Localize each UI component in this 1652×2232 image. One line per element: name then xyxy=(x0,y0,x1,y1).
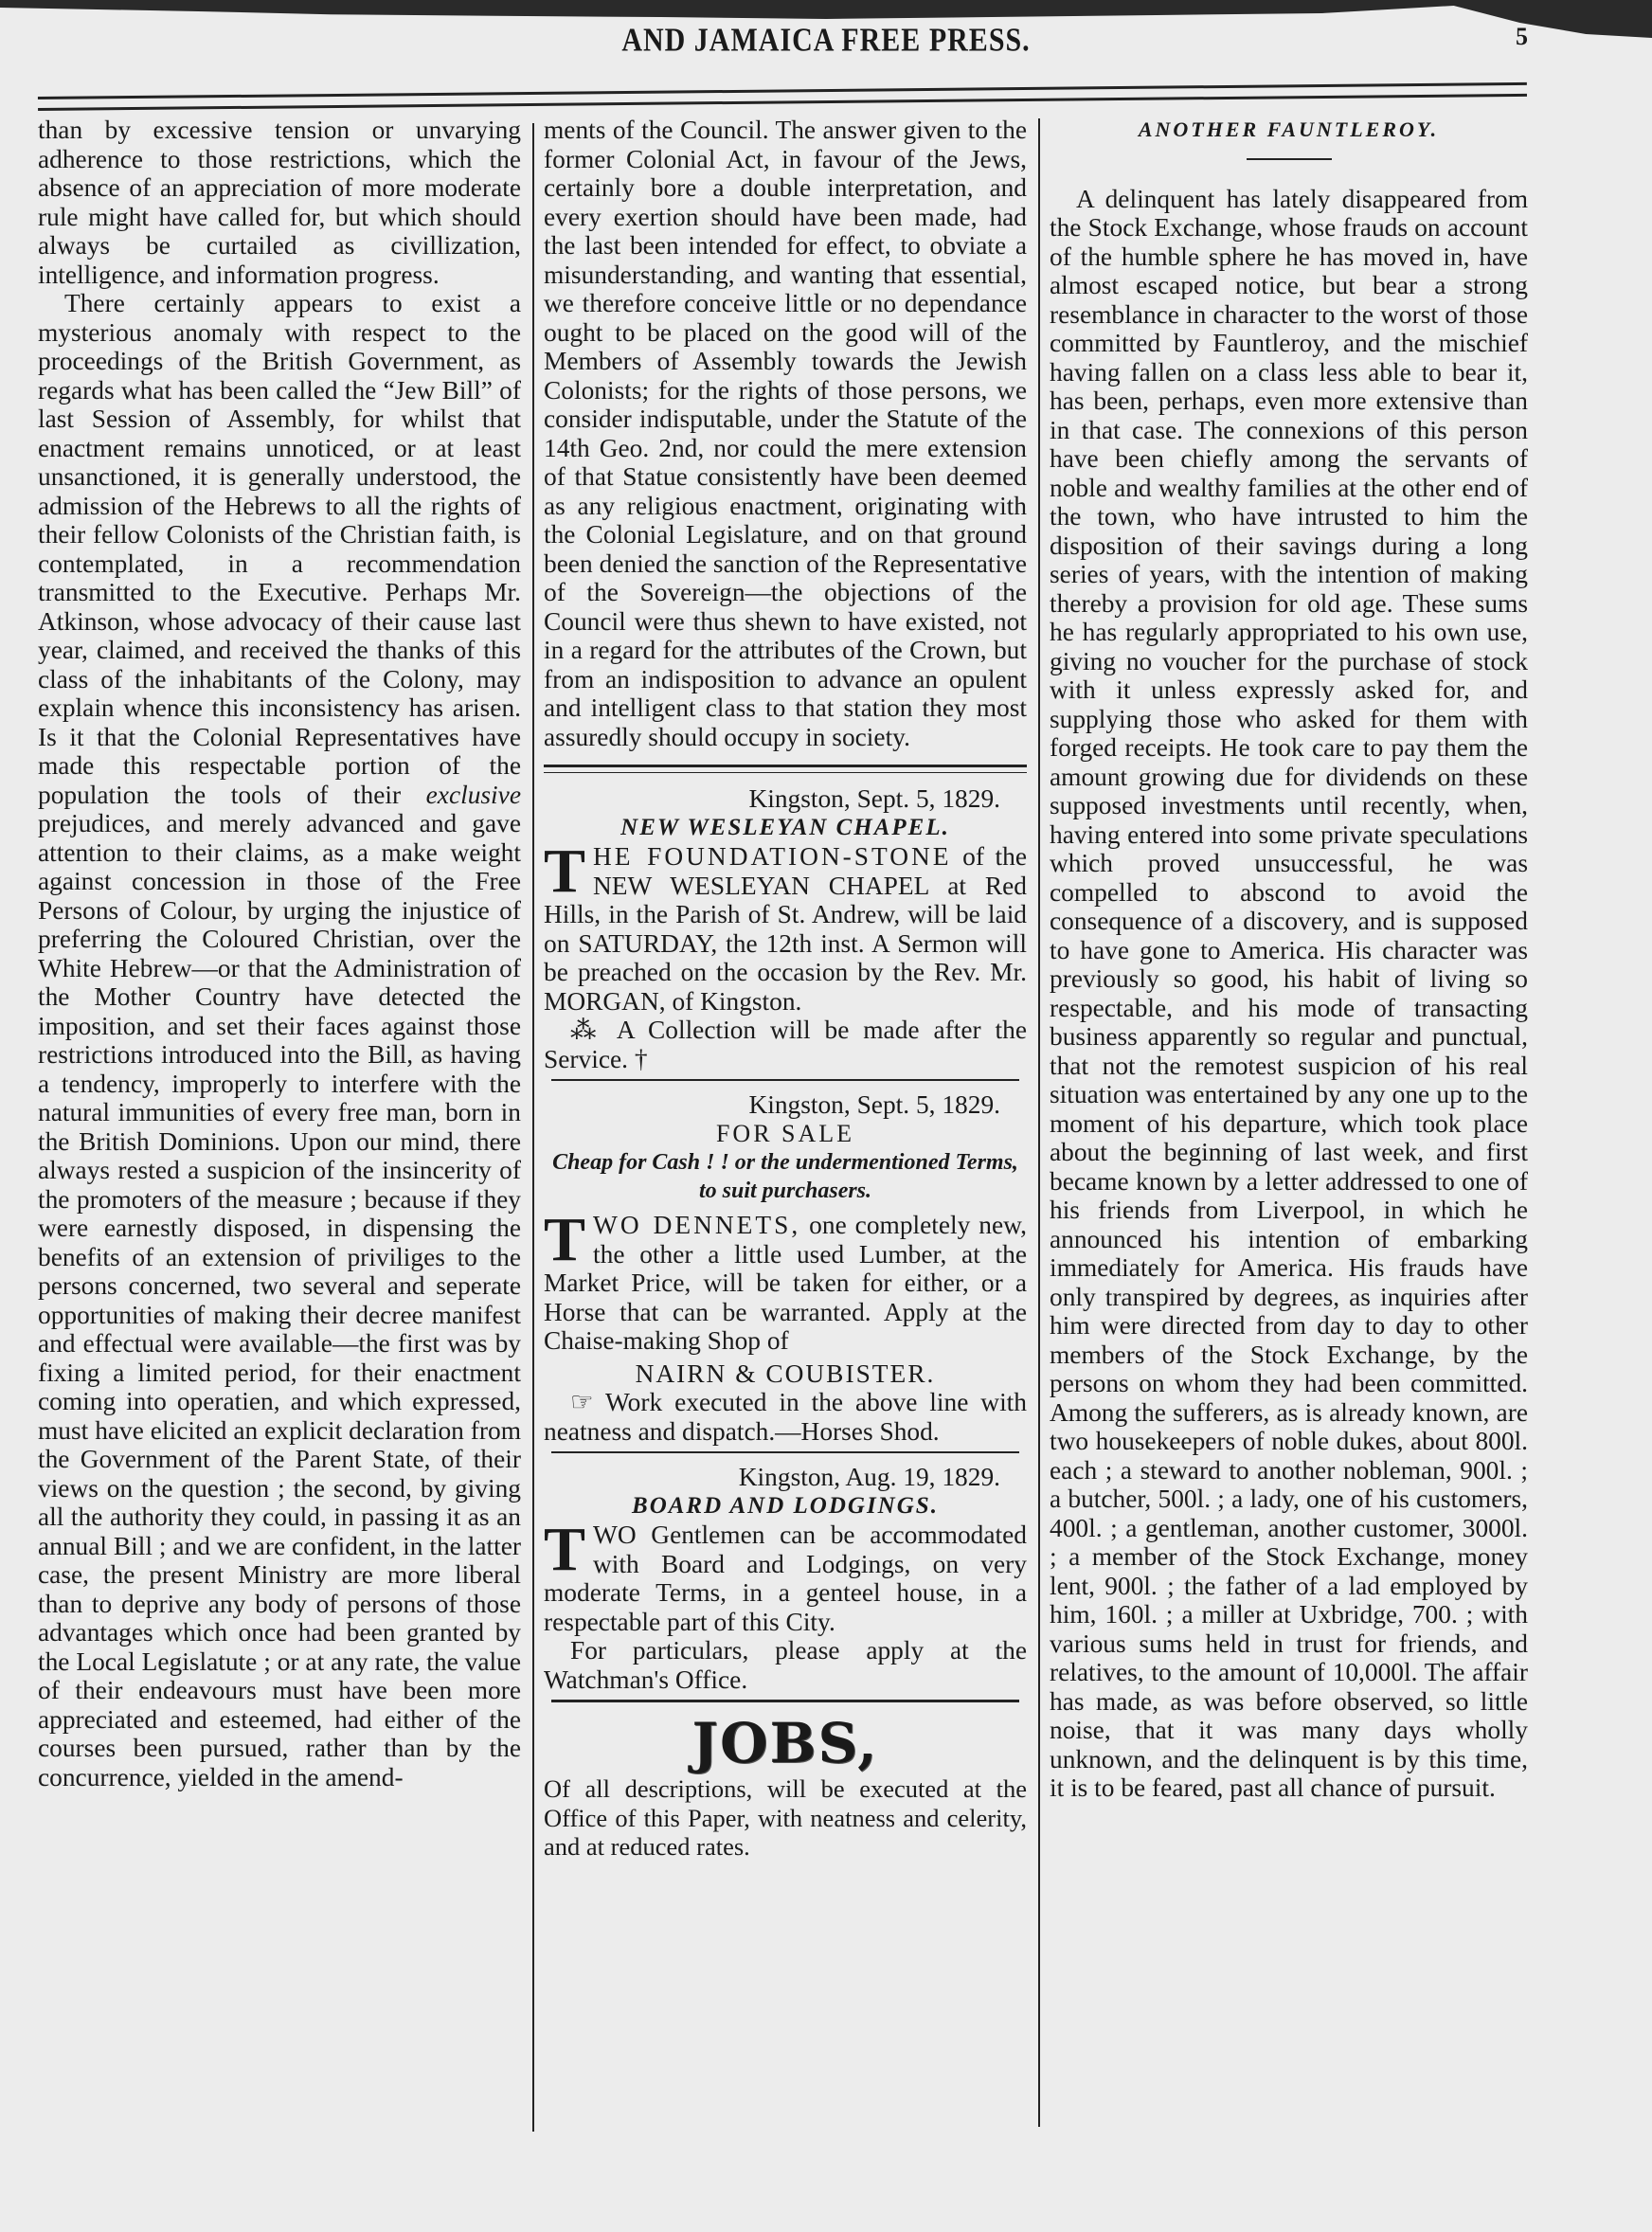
ad-body: TWO Gentlemen can be accommodated with B… xyxy=(544,1521,1027,1636)
column-divider xyxy=(532,123,534,2132)
masthead: AND JAMAICA FREE PRESS. xyxy=(0,22,1652,59)
pointing-hand-icon: ☞ xyxy=(570,1388,594,1416)
column-divider xyxy=(1038,118,1040,2127)
ad-signature: NAIRN & COUBISTER. xyxy=(544,1359,1027,1389)
article-title: ANOTHER FAUNTLEROY. xyxy=(1050,116,1528,145)
masthead-double-rule xyxy=(38,82,1527,111)
dropcap: T xyxy=(544,1522,585,1577)
ad-note-text: ⁂ A Collection will be made after the Se… xyxy=(544,1016,1027,1073)
dateline: Kingston, Aug. 19, 1829. xyxy=(544,1463,1027,1492)
ad-new-wesleyan-chapel: Kingston, Sept. 5, 1829. NEW WESLEYAN CH… xyxy=(544,784,1027,1073)
dropcap: T xyxy=(544,844,585,899)
paragraph-text: There certainly appears to exist a myste… xyxy=(38,289,521,809)
ad-title: BOARD AND LODGINGS. xyxy=(544,1492,1027,1521)
paragraph-text: prejudices, and merely advanced and gave… xyxy=(38,809,521,1791)
ad-note: ☞ Work executed in the above line with n… xyxy=(544,1388,1027,1446)
ad-body: THE FOUNDATION-STONE of the NEW WESLEYAN… xyxy=(544,842,1027,1016)
ad-note-text: Work executed in the above line with nea… xyxy=(544,1388,1027,1446)
ad-body: Of all descriptions, will be executed at… xyxy=(544,1774,1027,1862)
advertisement-separator xyxy=(544,765,1027,773)
advertisement-separator xyxy=(551,1079,1019,1081)
paragraph: than by excessive tension or unvarying a… xyxy=(38,116,521,289)
dateline: Kingston, Sept. 5, 1829. xyxy=(544,1090,1027,1120)
column-left-article: than by excessive tension or unvarying a… xyxy=(38,116,521,1791)
column-right-article: ANOTHER FAUNTLEROY. A delinquent has lat… xyxy=(1050,116,1528,1803)
ad-title: JOBS, xyxy=(544,1712,1027,1774)
page-number: 5 xyxy=(1516,23,1528,51)
newspaper-page: AND JAMAICA FREE PRESS. 5 than by excess… xyxy=(0,0,1652,2232)
column-middle: ments of the Council. The answer given t… xyxy=(544,116,1027,1862)
dateline: Kingston, Sept. 5, 1829. xyxy=(544,784,1027,814)
dropcap: T xyxy=(544,1213,585,1268)
ad-note: ⁂ A Collection will be made after the Se… xyxy=(544,1016,1027,1073)
title-rule xyxy=(1247,158,1332,160)
ad-board-and-lodgings: Kingston, Aug. 19, 1829. BOARD AND LODGI… xyxy=(544,1463,1027,1694)
ad-for-sale: Kingston, Sept. 5, 1829. FOR SALE Cheap … xyxy=(544,1090,1027,1446)
dagger-mark: † xyxy=(635,1045,648,1073)
italic-emphasis: exclusive xyxy=(426,781,521,809)
paragraph: A delinquent has lately disappeared from… xyxy=(1050,185,1528,1803)
paragraph: There certainly appears to exist a myste… xyxy=(38,289,521,1791)
ad-body: TWO DENNETS, one completely new, the oth… xyxy=(544,1211,1027,1356)
article-continuation: ments of the Council. The answer given t… xyxy=(544,116,1027,751)
ad-note: For particulars, please apply at the Wat… xyxy=(544,1636,1027,1694)
advertisement-separator xyxy=(551,1451,1019,1453)
advertisement-separator xyxy=(551,1700,1019,1702)
ad-title: FOR SALE xyxy=(544,1120,1027,1149)
ad-lead: HE FOUNDATION-STONE xyxy=(593,842,952,871)
ad-lead: WO xyxy=(593,1521,637,1549)
ad-subtitle: Cheap for Cash ! ! or the undermentioned… xyxy=(544,1148,1027,1205)
ad-title: NEW WESLEYAN CHAPEL. xyxy=(544,814,1027,843)
ad-lead: WO DENNETS, xyxy=(593,1211,800,1239)
ad-jobs: JOBS, Of all descriptions, will be execu… xyxy=(544,1712,1027,1862)
